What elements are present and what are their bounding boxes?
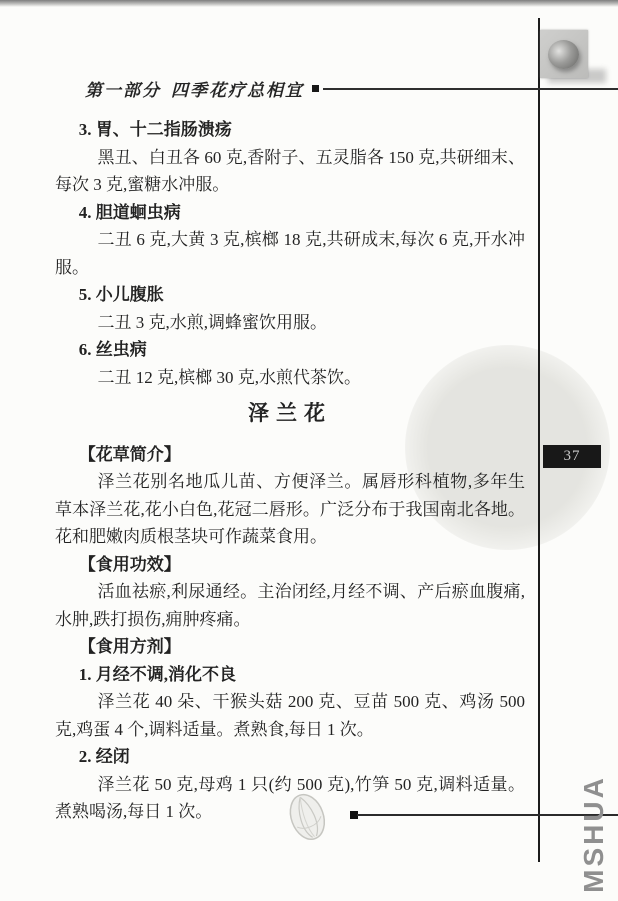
page-content: 3. 胃、十二指肠溃疡 黑丑、白丑各 60 克,香附子、五灵脂各 150 克,共…: [55, 116, 525, 826]
section-body-intro: 泽兰花别名地瓜儿苗、方便泽兰。属唇形科植物,多年生草本泽兰花,花小白色,花冠二唇…: [55, 468, 525, 551]
watermark-text: MSHUA: [578, 768, 610, 900]
recipe-subheading: 1. 月经不调,消化不良: [55, 661, 525, 689]
part-label: 第一部分: [85, 76, 161, 101]
remedy-body: 二丑 6 克,大黄 3 克,槟榔 18 克,共研成末,每次 6 克,开水冲服。: [55, 226, 525, 281]
remedy-body: 二丑 12 克,槟榔 30 克,水煎代茶饮。: [55, 364, 525, 392]
section-body-effect: 活血祛瘀,利尿通经。主治闭经,月经不调、产后瘀血腹痛,水肿,跌打损伤,痈肿疼痛。: [55, 578, 525, 633]
remedy-heading: 4. 胆道蛔虫病: [55, 199, 525, 227]
book-page-scan: 第一部分 四季花疗总相宜 37 3. 胃、十二指肠溃疡 黑丑、白丑各 60 克,…: [0, 0, 618, 901]
remedy-body: 二丑 3 克,水煎,调蜂蜜饮用服。: [55, 309, 525, 337]
shell-photo: [540, 30, 588, 78]
recipe-subheading: 2. 经闭: [55, 743, 525, 771]
section-heading-recipes: 【食用方剂】: [55, 633, 525, 661]
flower-title: 泽兰花: [55, 400, 525, 428]
page-number-badge: 37: [543, 445, 601, 468]
scan-edge-shadow: [0, 0, 618, 7]
section-heading-effect: 【食用功效】: [55, 551, 525, 579]
book-title: 四季花疗总相宜: [171, 76, 304, 101]
remedy-heading: 3. 胃、十二指肠溃疡: [55, 116, 525, 144]
running-header: 第一部分 四季花疗总相宜: [85, 76, 618, 101]
margin-rule: [538, 18, 540, 862]
header-rule: [323, 88, 618, 90]
remedy-body: 黑丑、白丑各 60 克,香附子、五灵脂各 150 克,共研细末、每次 3 克,蜜…: [55, 144, 525, 199]
remedy-heading: 6. 丝虫病: [55, 336, 525, 364]
square-bullet-icon: [312, 85, 319, 92]
section-heading-intro: 【花草简介】: [55, 441, 525, 469]
shell-icon: [548, 40, 579, 69]
remedy-heading: 5. 小儿腹胀: [55, 281, 525, 309]
recipe-body: 泽兰花 40 朵、干猴头菇 200 克、豆苗 500 克、鸡汤 500 克,鸡蛋…: [55, 688, 525, 743]
